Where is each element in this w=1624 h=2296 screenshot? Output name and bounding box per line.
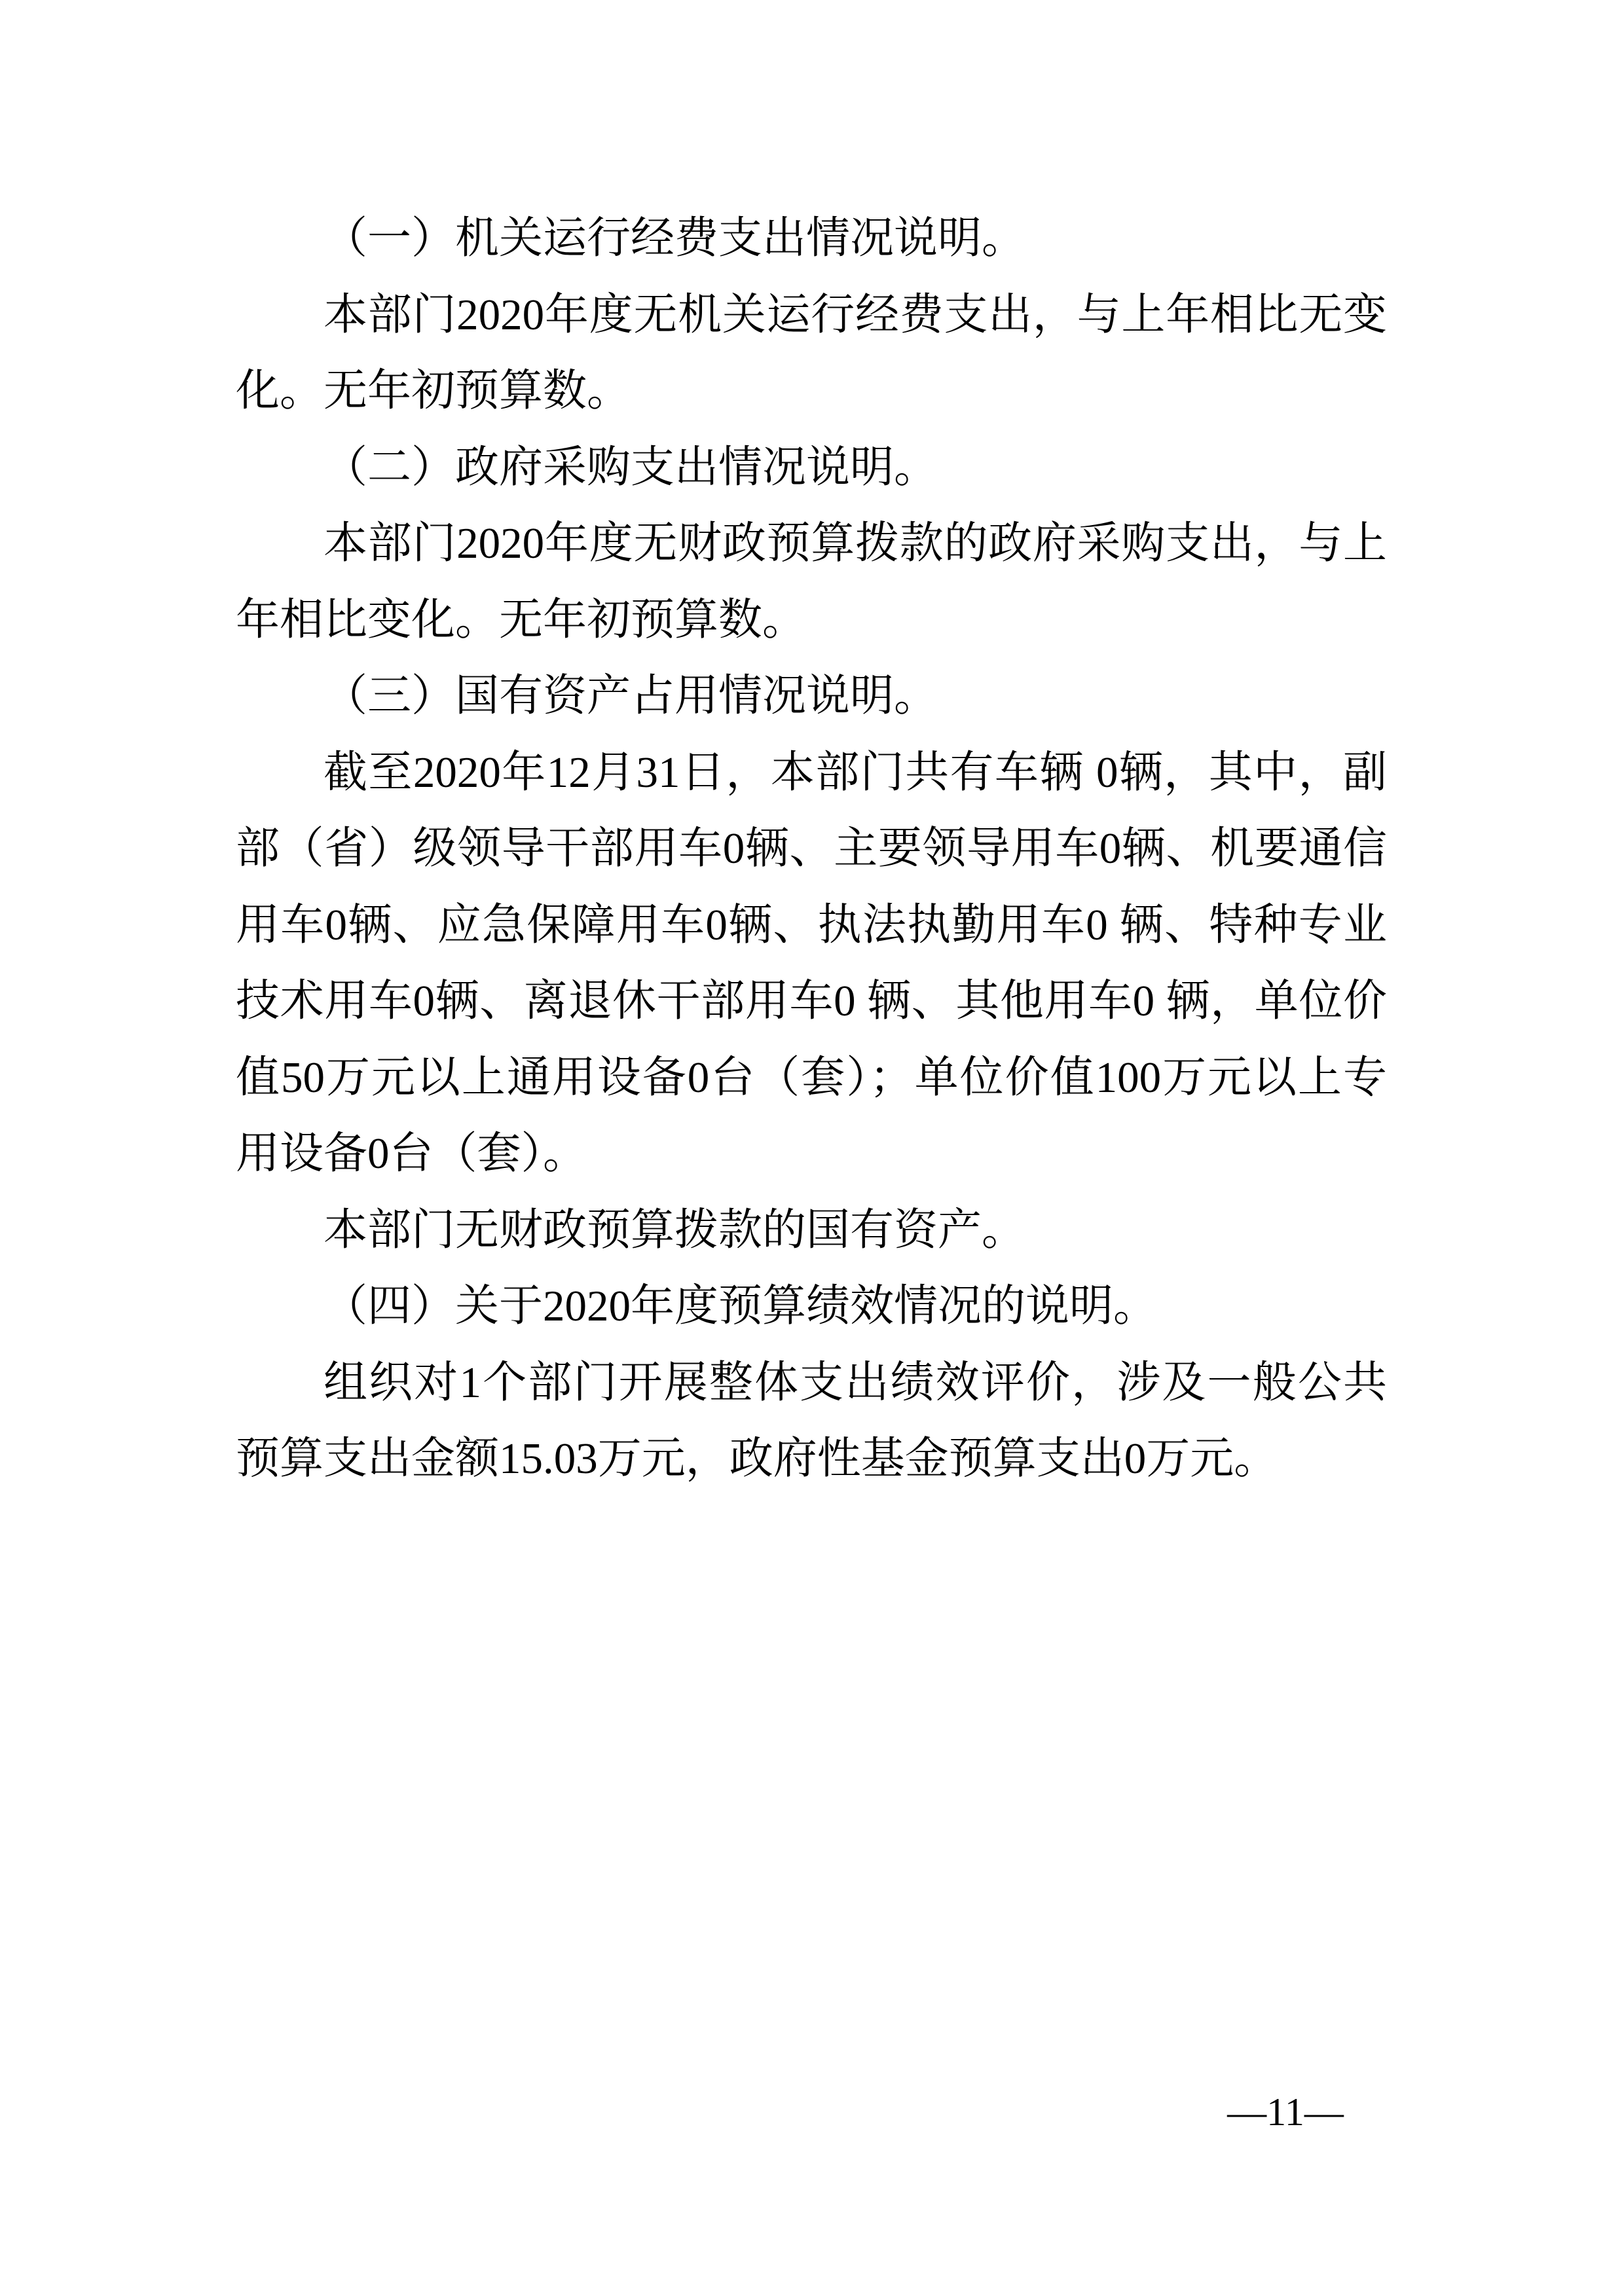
page-number: —11—: [1171, 2092, 1400, 2132]
document-body: （一）机关运行经费支出情况说明。 本部门2020年度无机关运行经费支出，与上年相…: [236, 200, 1387, 1497]
paragraph-operating-expenses: 本部门2020年度无机关运行经费支出，与上年相比无变化。无年初预算数。: [236, 277, 1387, 429]
paragraph-no-state-assets: 本部门无财政预算拨款的国有资产。: [236, 1192, 1387, 1269]
paragraph-state-assets: 截至2020年12月31日，本部门共有车辆 0辆，其中，副部（省）级领导干部用车…: [236, 735, 1387, 1192]
paragraph-government-procurement: 本部门2020年度无财政预算拨款的政府采购支出，与上年相比变化。无年初预算数。: [236, 505, 1387, 658]
section-heading-2: （二）政府采购支出情况说明。: [236, 429, 1387, 506]
document-page: （一）机关运行经费支出情况说明。 本部门2020年度无机关运行经费支出，与上年相…: [0, 0, 1624, 2296]
section-heading-3: （三）国有资产占用情况说明。: [236, 658, 1387, 735]
section-heading-4: （四）关于2020年度预算绩效情况的说明。: [236, 1268, 1387, 1345]
section-heading-1: （一）机关运行经费支出情况说明。: [236, 200, 1387, 277]
paragraph-performance-evaluation: 组织对1个部门开展整体支出绩效评价，涉及一般公共预算支出金额15.03万元，政府…: [236, 1345, 1387, 1497]
